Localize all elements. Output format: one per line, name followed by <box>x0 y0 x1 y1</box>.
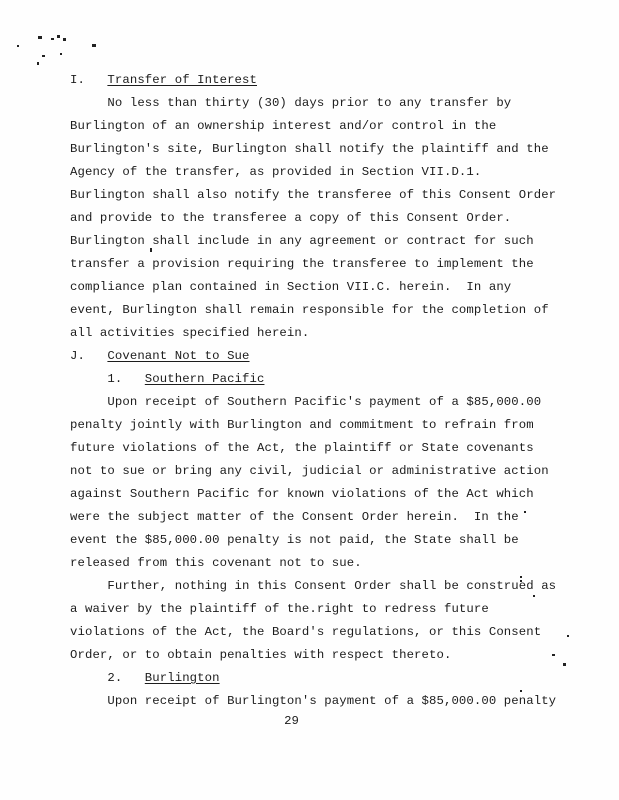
text-line: released from this covenant not to sue. <box>70 552 556 575</box>
text-run: were the subject matter of the Consent O… <box>70 510 519 524</box>
text-run: against Southern Pacific for known viola… <box>70 487 534 501</box>
text-line: transfer a provision requiring the trans… <box>70 253 556 276</box>
scan-speck <box>63 38 66 41</box>
text-line: Burlington shall also notify the transfe… <box>70 184 556 207</box>
scan-speck <box>17 45 19 47</box>
section-heading: I. Transfer of Interest <box>70 69 556 92</box>
underlined-heading-text: Transfer of Interest <box>107 73 257 87</box>
text-run: event, Burlington shall remain responsib… <box>70 303 549 317</box>
text-line: all activities specified herein. <box>70 322 556 345</box>
underlined-heading-text: Covenant Not to Sue <box>107 349 249 363</box>
text-run: Agency of the transfer, as provided in S… <box>70 165 481 179</box>
scan-speck <box>42 55 45 57</box>
text-line: Burlington of an ownership interest and/… <box>70 115 556 138</box>
section-heading: J. Covenant Not to Sue <box>70 345 556 368</box>
text-line: Agency of the transfer, as provided in S… <box>70 161 556 184</box>
text-line: violations of the Act, the Board's regul… <box>70 621 556 644</box>
scan-speck <box>92 44 96 47</box>
text-line: a waiver by the plaintiff of the.right t… <box>70 598 556 621</box>
text-line: and provide to the transferee a copy of … <box>70 207 556 230</box>
scan-speck <box>57 35 60 38</box>
text-line: Burlington's site, Burlington shall noti… <box>70 138 556 161</box>
scan-speck <box>38 36 42 39</box>
scan-speck <box>567 635 569 637</box>
underlined-heading-text: Southern Pacific <box>145 372 265 386</box>
text-line: future violations of the Act, the plaint… <box>70 437 556 460</box>
text-run: Burlington's site, Burlington shall noti… <box>70 142 549 156</box>
subsection-heading: 2. Burlington <box>70 667 556 690</box>
text-run: penalty jointly with Burlington and comm… <box>70 418 534 432</box>
text-run: not to sue or bring any civil, judicial … <box>70 464 549 478</box>
text-line: were the subject matter of the Consent O… <box>70 506 556 529</box>
text-line: Further, nothing in this Consent Order s… <box>70 575 556 598</box>
underlined-heading-text: Burlington <box>145 671 220 685</box>
text-run: 2. <box>70 671 145 685</box>
text-run: event the $85,000.00 penalty is not paid… <box>70 533 519 547</box>
text-line: against Southern Pacific for known viola… <box>70 483 556 506</box>
subsection-heading: 1. Southern Pacific <box>70 368 556 391</box>
text-run: No less than thirty (30) days prior to a… <box>70 96 511 110</box>
text-run: 1. <box>70 372 145 386</box>
scanned-document-page: I. Transfer of Interest No less than thi… <box>0 0 619 800</box>
text-line: Order, or to obtain penalties with respe… <box>70 644 556 667</box>
text-run: I. <box>70 73 107 87</box>
text-run: and provide to the transferee a copy of … <box>70 211 511 225</box>
text-line: compliance plan contained in Section VII… <box>70 276 556 299</box>
text-line: No less than thirty (30) days prior to a… <box>70 92 556 115</box>
text-line: event, Burlington shall remain responsib… <box>70 299 556 322</box>
text-run: a waiver by the plaintiff of the.right t… <box>70 602 489 616</box>
scan-speck <box>563 663 566 666</box>
text-line: not to sue or bring any civil, judicial … <box>70 460 556 483</box>
text-run: Burlington of an ownership interest and/… <box>70 119 496 133</box>
text-run: Upon receipt of Southern Pacific's payme… <box>70 395 541 409</box>
text-run: Further, nothing in this Consent Order s… <box>70 579 556 593</box>
text-line: penalty jointly with Burlington and comm… <box>70 414 556 437</box>
text-run: Burlington shall also notify the transfe… <box>70 188 556 202</box>
text-line: Upon receipt of Southern Pacific's payme… <box>70 391 556 414</box>
text-run: compliance plan contained in Section VII… <box>70 280 511 294</box>
text-run: transfer a provision requiring the trans… <box>70 257 534 271</box>
text-run: future violations of the Act, the plaint… <box>70 441 534 455</box>
scan-speck <box>51 38 54 40</box>
text-run: Upon receipt of Burlington's payment of … <box>70 694 556 708</box>
text-run: J. <box>70 349 107 363</box>
document-text: I. Transfer of Interest No less than thi… <box>70 69 556 713</box>
text-line: event the $85,000.00 penalty is not paid… <box>70 529 556 552</box>
text-run: all activities specified herein. <box>70 326 309 340</box>
scan-speck <box>37 62 39 65</box>
page-number: 29 <box>234 710 349 733</box>
scan-speck <box>60 53 62 55</box>
text-run: Burlington shall include in any agreemen… <box>70 234 534 248</box>
text-run: violations of the Act, the Board's regul… <box>70 625 541 639</box>
text-run: released from this covenant not to sue. <box>70 556 362 570</box>
text-run: Order, or to obtain penalties with respe… <box>70 648 451 662</box>
text-line: Burlington shall include in any agreemen… <box>70 230 556 253</box>
